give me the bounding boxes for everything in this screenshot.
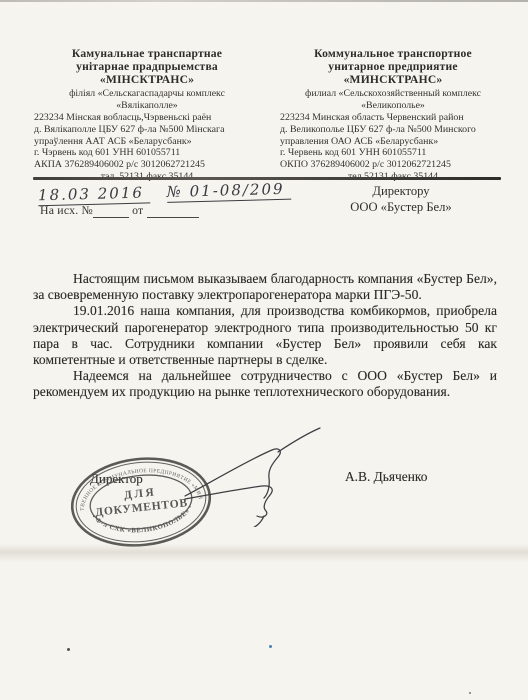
stamp-center-line1: ДЛЯ <box>123 486 156 501</box>
paragraph-purchase: 19.01.2016 наша компания, для производст… <box>33 303 497 368</box>
letterhead-line: Камунальнае транспартнае <box>34 47 260 60</box>
handwritten-number: № 01-08/209 <box>166 180 290 203</box>
letter-body: Настоящим письмом выказываем благодарнос… <box>33 271 497 401</box>
reference-line: 18.03 2016 № 01-08/209 <box>38 180 291 205</box>
address-block-by: 223234 Мінская вобласць,Чэрвеньскі раён … <box>34 112 260 183</box>
incoming-from-label: от <box>132 203 143 217</box>
letterhead-line: «МІНСКТРАНС» <box>34 73 260 86</box>
signature-stroke <box>278 428 320 452</box>
incoming-reference-line: На исх. № от <box>40 203 199 218</box>
letterhead-line: г. Чэрвень код 601 УНН 601055711 <box>34 147 260 159</box>
scan-edge-artifact <box>0 0 528 2</box>
recipient-block: Директору ООО «Бустер Бел» <box>330 184 472 215</box>
company-name-by: Камунальнае транспартнае унітарнае прадп… <box>34 47 260 86</box>
letterhead-line: 223234 Минская область Червенский район <box>280 112 506 124</box>
letterhead-line: Коммунальное транспортное <box>280 47 506 60</box>
letterhead-line: філіял «Сельскагаспадарчы комплекс <box>34 88 260 100</box>
scan-speck <box>67 648 70 651</box>
letterhead-line: «Вялікаполле» <box>34 100 260 112</box>
scan-speck <box>269 645 272 648</box>
blank-date-field <box>147 207 199 218</box>
recipient-title: Директору <box>330 184 472 200</box>
blank-number-field <box>93 207 129 218</box>
paragraph-recommendation: Надеемся на дальнейшее сотрудничество с … <box>33 368 497 400</box>
letterhead-line: 223234 Мінская вобласць,Чэрвеньскі раён <box>34 112 260 124</box>
signature-stroke <box>185 486 272 517</box>
letterhead-line: унитарное предприятие <box>280 60 506 73</box>
signer-name: А.В. Дьяченко <box>345 469 427 485</box>
letterhead-line: АКПА 376289406002 р/с 3012062721245 <box>34 159 260 171</box>
branch-name-by: філіял «Сельскагаспадарчы комплекс «Вялі… <box>34 88 260 111</box>
incoming-prefix: На исх. № <box>40 203 93 217</box>
stamp-center-line2: ДОКУМЕНТОВ <box>95 497 189 519</box>
scanned-letter-page: Камунальнае транспартнае унітарнае прадп… <box>0 0 528 700</box>
letterhead-line: унітарнае прадпрыемства <box>34 60 260 73</box>
paragraph-gratitude: Настоящим письмом выказываем благодарнос… <box>33 271 497 303</box>
letterhead-line: «МИНСКТРАНС» <box>280 73 506 86</box>
letterhead-russian: Коммунальное транспортное унитарное пред… <box>280 47 506 183</box>
address-block-ru: 223234 Минская область Червенский район … <box>280 112 506 183</box>
company-name-ru: Коммунальное транспортное унитарное пред… <box>280 47 506 86</box>
letterhead-line: г. Червень код 601 УНН 601055711 <box>280 147 506 159</box>
letterhead-line: управления ОАО АСБ «Беларусбанк» <box>280 136 506 148</box>
letterhead-line: ОКПО 376289406002 р/с 3012062721245 <box>280 159 506 171</box>
letterhead-line: д. Великополье ЦБУ 627 ф-ла №500 Минског… <box>280 124 506 136</box>
handwritten-signature <box>178 422 328 527</box>
letterhead-belarusian: Камунальнае транспартнае унітарнае прадп… <box>34 47 260 183</box>
recipient-company: ООО «Бустер Бел» <box>330 200 472 216</box>
branch-name-ru: филиал «Сельскохозяйственный комплекс «В… <box>280 88 506 111</box>
letterhead-line: упраўлення ААТ АСБ «Беларусбанк» <box>34 136 260 148</box>
letterhead-line: филиал «Сельскохозяйственный комплекс <box>280 88 506 100</box>
scan-speck <box>469 692 471 694</box>
letterhead-line: д. Вялікаполле ЦБУ 627 ф-ла №500 Мінскаг… <box>34 124 260 136</box>
letterhead-line: «Великополье» <box>280 100 506 112</box>
paper-crease-artifact <box>0 544 528 562</box>
